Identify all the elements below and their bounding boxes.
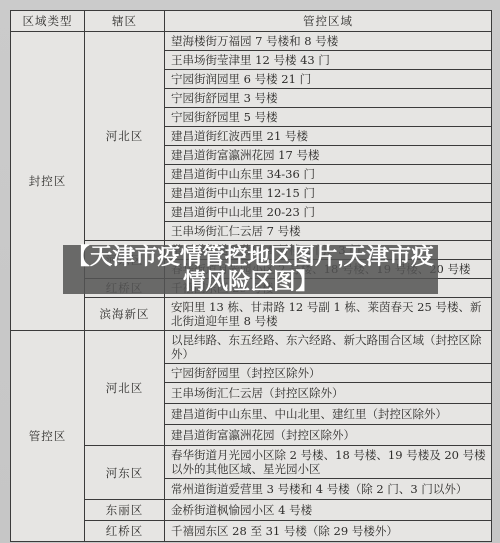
table-row: 封控区河北区望海楼街万福园 7 号楼和 8 号楼 [11, 32, 492, 51]
area-cell: 王串场街汇仁云居 7 号楼 [165, 222, 492, 241]
area-cell: 建昌道街富瀛洲花园 17 号楼 [165, 146, 492, 165]
district-cell: 红桥区 [85, 521, 165, 542]
district-cell: 东丽区 [85, 500, 165, 521]
area-cell: 王串场街莹津里 12 号楼 43 门 [165, 51, 492, 70]
area-cell: 宁园街舒园里 3 号楼 [165, 89, 492, 108]
area-cell: 常州道街道爱营里 3 号楼和 4 号楼（除 2 门、3 门以外） [165, 479, 492, 500]
area-cell: 建昌道街红波西里 21 号楼 [165, 127, 492, 146]
area-cell: 春华街道月光园小区除 2 号楼、18 号楼、19 号楼及 20 号楼以外的其他区… [165, 446, 492, 479]
district-cell: 河北区 [85, 331, 165, 446]
screenshot-background: 区域类型 辖区 管控区域 封控区河北区望海楼街万福园 7 号楼和 8 号楼王串场… [0, 0, 500, 543]
watermark-line-1: 【天津市疫情管控地区图片,天津市疫 [63, 245, 438, 270]
district-cell: 河东区 [85, 446, 165, 500]
area-cell: 建昌道街中山北里 20-23 门 [165, 203, 492, 222]
area-cell: 建昌道街富瀛洲花园（封控区除外） [165, 425, 492, 446]
table-row: 管控区河北区以昆纬路、东五经路、东六经路、新大路围合区域（封控区除外） [11, 331, 492, 364]
area-cell: 建昌道街中山东里 34-36 门 [165, 165, 492, 184]
header-district: 辖区 [85, 11, 165, 32]
area-cell: 望海楼街万福园 7 号楼和 8 号楼 [165, 32, 492, 51]
area-cell: 安阳里 13 栋、甘肃路 12 号副 1 栋、莱茵春天 25 号楼、新北街道迎年… [165, 298, 492, 331]
watermark-caption: 【天津市疫情管控地区图片,天津市疫 情风险区图】 [63, 245, 438, 294]
district-cell: 滨海新区 [85, 298, 165, 331]
area-cell: 以昆纬路、东五经路、东六经路、新大路围合区域（封控区除外） [165, 331, 492, 364]
header-control-area: 管控区域 [165, 11, 492, 32]
area-type-cell: 管控区 [11, 331, 85, 542]
watermark-line-2: 情风险区图】 [63, 270, 438, 295]
area-cell: 宁园街舒园里（封控区除外） [165, 364, 492, 383]
area-cell: 千禧园东区 28 至 31 号楼（除 29 号楼外） [165, 521, 492, 542]
area-cell: 金桥街道枫愉园小区 4 号楼 [165, 500, 492, 521]
district-cell: 河北区 [85, 32, 165, 241]
area-cell: 建昌道街中山东里、中山北里、建红里（封控区除外） [165, 404, 492, 425]
area-cell: 宁园街润园里 6 号楼 21 门 [165, 70, 492, 89]
area-cell: 王串场街汇仁云居（封控区除外） [165, 383, 492, 404]
header-area-type: 区域类型 [11, 11, 85, 32]
table-header-row: 区域类型 辖区 管控区域 [11, 11, 492, 32]
area-cell: 宁园街舒园里 5 号楼 [165, 108, 492, 127]
area-cell: 建昌道街中山东里 12-15 门 [165, 184, 492, 203]
